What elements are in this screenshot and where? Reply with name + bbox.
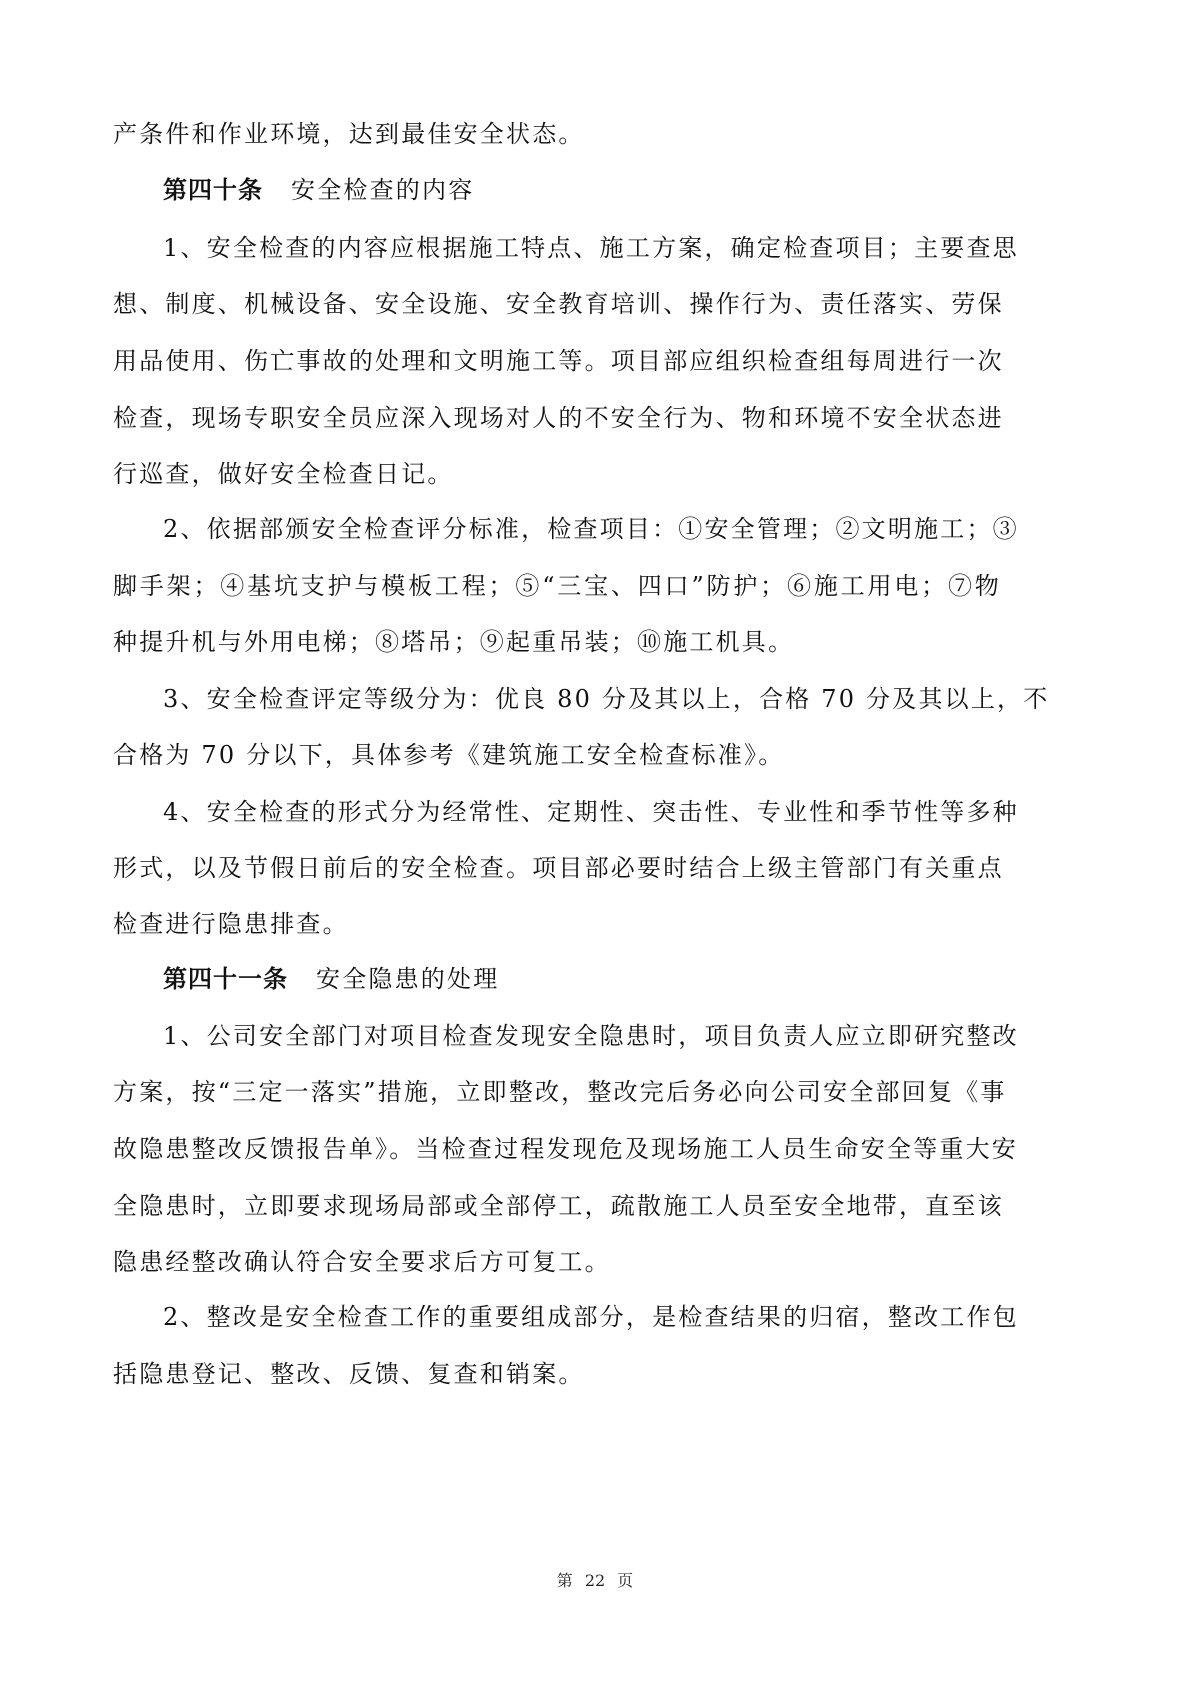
paragraph-first-line: 1、公司安全部门对项目检查发现安全隐患时，项目负责人应立即研究整改 bbox=[163, 1016, 1001, 1056]
paragraph-line: 故隐患整改反馈报告单》。当检查过程发现危及现场施工人员生命安全等重大安 bbox=[113, 1129, 1001, 1169]
article-title: 安全隐患的处理 bbox=[316, 965, 499, 993]
article-number: 第四十条 bbox=[163, 175, 263, 204]
paragraph-line: 形式，以及节假日前后的安全检查。项目部必要时结合上级主管部门有关重点 bbox=[113, 848, 1001, 888]
paragraph-first-line: 3、安全检查评定等级分为：优良 80 分及其以上，合格 70 分及其以上，不 bbox=[163, 679, 1001, 719]
paragraph-first-line: 2、整改是安全检查工作的重要组成部分，是检查结果的归宿，整改工作包 bbox=[163, 1297, 1001, 1337]
paragraph-first-line: 2、依据部颁安全检查评分标准，检查项目：①安全管理；②文明施工；③ bbox=[163, 509, 1001, 549]
article-heading: 第四十一条安全隐患的处理 bbox=[163, 959, 499, 999]
paragraph-line: 用品使用、伤亡事故的处理和文明施工等。项目部应组织检查组每周进行一次 bbox=[113, 341, 1001, 381]
page-label-prefix: 第 bbox=[557, 1571, 573, 1590]
page-footer: 第22页 bbox=[0, 1570, 1190, 1592]
paragraph-line: 检查，现场专职安全员应深入现场对人的不安全行为、物和环境不安全状态进 bbox=[113, 398, 1001, 438]
paragraph-first-line: 4、安全检查的形式分为经常性、定期性、突击性、专业性和季节性等多种 bbox=[163, 792, 1001, 832]
document-page: 产条件和作业环境，达到最佳安全状态。第四十条安全检查的内容1、安全检查的内容应根… bbox=[0, 0, 1190, 1683]
paragraph-line: 产条件和作业环境，达到最佳安全状态。 bbox=[113, 114, 1001, 154]
paragraph-line: 全隐患时，立即要求现场局部或全部停工，疏散施工人员至安全地带，直至该 bbox=[113, 1186, 1001, 1226]
paragraph-line: 合格为 70 分以下，具体参考《建筑施工安全检查标准》。 bbox=[113, 735, 1001, 775]
paragraph-line: 隐患经整改确认符合安全要求后方可复工。 bbox=[113, 1242, 1001, 1282]
paragraph-line: 检查进行隐患排查。 bbox=[113, 904, 1001, 944]
paragraph-line: 方案，按“三定一落实”措施，立即整改，整改完后务必向公司安全部回复《事 bbox=[113, 1072, 1001, 1112]
page-number: 22 bbox=[585, 1571, 605, 1590]
paragraph-first-line: 1、安全检查的内容应根据施工特点、施工方案，确定检查项目；主要查思 bbox=[163, 228, 1001, 268]
article-heading: 第四十条安全检查的内容 bbox=[163, 170, 474, 210]
article-number: 第四十一条 bbox=[163, 964, 288, 993]
article-title: 安全检查的内容 bbox=[291, 176, 474, 204]
paragraph-line: 脚手架；④基坑支护与模板工程；⑤“三宝、四口”防护；⑥施工用电；⑦物 bbox=[113, 566, 1001, 606]
paragraph-line: 种提升机与外用电梯；⑧塔吊；⑨起重吊装；⑩施工机具。 bbox=[113, 622, 1001, 662]
paragraph-line: 想、制度、机械设备、安全设施、安全教育培训、操作行为、责任落实、劳保 bbox=[113, 284, 1001, 324]
page-label-suffix: 页 bbox=[617, 1571, 633, 1590]
paragraph-line: 行巡查，做好安全检查日记。 bbox=[113, 454, 1001, 494]
paragraph-line: 括隐患登记、整改、反馈、复查和销案。 bbox=[113, 1354, 1001, 1394]
